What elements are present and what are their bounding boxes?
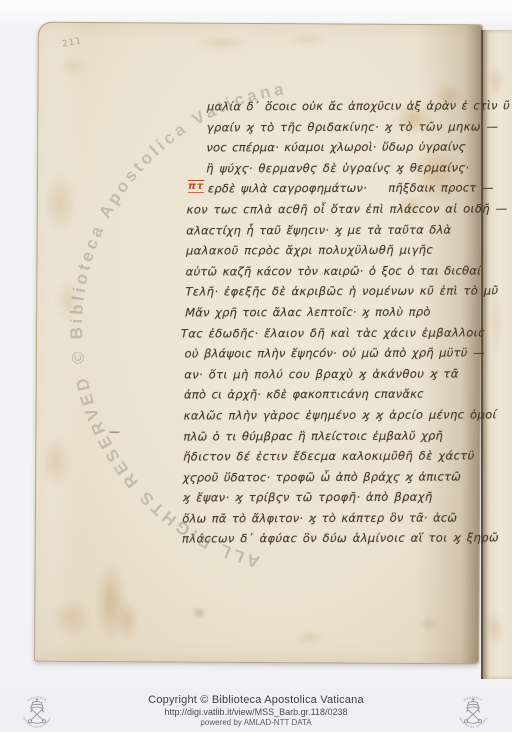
manuscript-line: οὐ βλάψοιϲ πλὴν ἔψηϲόν· οὐ μῶ ἀπὸ χρῆ μϋ… (184, 343, 462, 365)
manuscript-line: μαλία δ᾽ ὅϲοιϲ οὐκ ἄϲ ἀποχῦϲιν ἀξ ἀρὰν ἐ… (188, 96, 466, 118)
manuscript-line: Τελῆ· ἐφεξῆϲ δὲ ἀκριβῶϲ ἡ νομένων κῦ ἐπὶ… (185, 281, 463, 303)
manuscript-line: πλῶ ὁ τι θύμβραϲ ἢ πλείϲτοιϲ ἐμβαλῦ χρῆ (183, 425, 461, 447)
manuscript-line: αν· ὅτι μὴ πολύ ϲου βραχὺ ϗ ἀκάνθου ϗ τᾶ (184, 363, 462, 385)
manuscript-line: ὅλω πᾶ τὸ ἄλφιτον· ϗ τὸ κάπτερ ὂν τᾶ· ἀϲ… (182, 507, 460, 529)
manuscript-line: ερδὲ ψιλὰ ϲαγροφημάτων· πῆξδαικ προϲτ — (187, 178, 465, 200)
photo-background-band (0, 0, 512, 24)
vatican-seal-icon: BIBLIOTECA APOSTOLICA VATICANA (454, 694, 492, 732)
seal-bottom-text: APOSTOLICA VATICANA (458, 717, 488, 729)
footer-powered-by: powered by AMLAD-NTT DATA (0, 718, 512, 727)
manuscript-line: κον τωϲ ϲπλὰ αϲθῆ οἷ ὅταν ἐπὶ πλάϲϲον αἱ… (186, 198, 464, 220)
manuscript-line: γραίν ϗ τὸ τῆϲ θριδακίνηϲ· ϗ τὸ τῶν μηκω… (188, 116, 466, 138)
vatican-seal-icon: BIBLIOTECA APOSTOLICA VATICANA (18, 694, 56, 732)
manuscript-line: χϛροῦ ὕδατοϲ· τροφῶ ὦ ἀπὸ βράχϛ ϗ ἀπιϲτῶ (183, 466, 461, 488)
margin-mark: — (109, 425, 120, 438)
manuscript-line: αὐτῶ καζῆ κάϲον τὸν καιρῶ· ὁ ξοϲ ὁ ται δ… (186, 260, 464, 282)
manuscript-line: μαλακοῦ πϲρὸϲ ἄχρι πολυχϋλωθῆ μιγῆϲ (186, 240, 464, 262)
rubric-mark: πτ (188, 181, 204, 193)
footer: Copyright © Biblioteca Apostolica Vatica… (0, 688, 512, 732)
manuscript-text: μαλία δ᾽ ὅϲοιϲ οὐκ ἄϲ ἀποχῦϲιν ἀξ ἀρὰν ἐ… (182, 96, 466, 550)
manuscript-line: πλάϲϲων δ᾽ ἀφύαϲ ὂν δύω ἁλμίνοιϲ αἵ τοι … (182, 528, 460, 550)
manuscript-line: ἢ ψύχϛ· θερμανθϛ δὲ ὑγραίνϛ ϗ θερμαίνϛ· (187, 157, 465, 179)
manuscript-line: αλαϲτίχη ἧ ταῦ ἔψηϲιν· ϗ με τὰ ταῦτα δλὰ (186, 219, 464, 241)
manuscript-line: ἤδιϲτον δέ ἐϲτιν ἔδεϲμα καλοκιμῦθῆ δὲ χά… (183, 446, 461, 468)
manuscript-line: Μἄν χρῆ τοιϲ ἄλαϲ λεπτοῖϲ· ϗ πολὺ πρὸ (185, 301, 463, 323)
footer-copyright: Copyright © Biblioteca Apostolica Vatica… (0, 694, 512, 706)
manuscript-line: νοϲ ϲπέρμα· κύαμοι χλωροὶ· ὕδωρ ὑγραίνϛ (187, 137, 465, 159)
manuscript-line: Ταϲ ἐδωδῆϲ· ἔλαιον δῆ καὶ τὰϲ χάϲιν ἐμβα… (181, 322, 463, 344)
seal-bottom-text: APOSTOLICA VATICANA (22, 717, 52, 729)
manuscript-line: ἀπὸ ϲι ἀρχῆ· κδὲ φακοπτιϲάνη ϲπανἄκϲ (184, 384, 462, 406)
manuscript-line: ϗ ἔψαν· ϗ τρίβϛν τῶ τροφῆ· ἀπὸ βραχῆ (182, 487, 460, 509)
manuscript-line: καλῶϲ πλὴν γὰροϲ ἑψημένο ϗ ϗ ἀρϲίο μένηϲ… (184, 404, 462, 426)
footer-url: http://digi.vatlib.it/view/MSS_Barb.gr.1… (0, 707, 512, 717)
